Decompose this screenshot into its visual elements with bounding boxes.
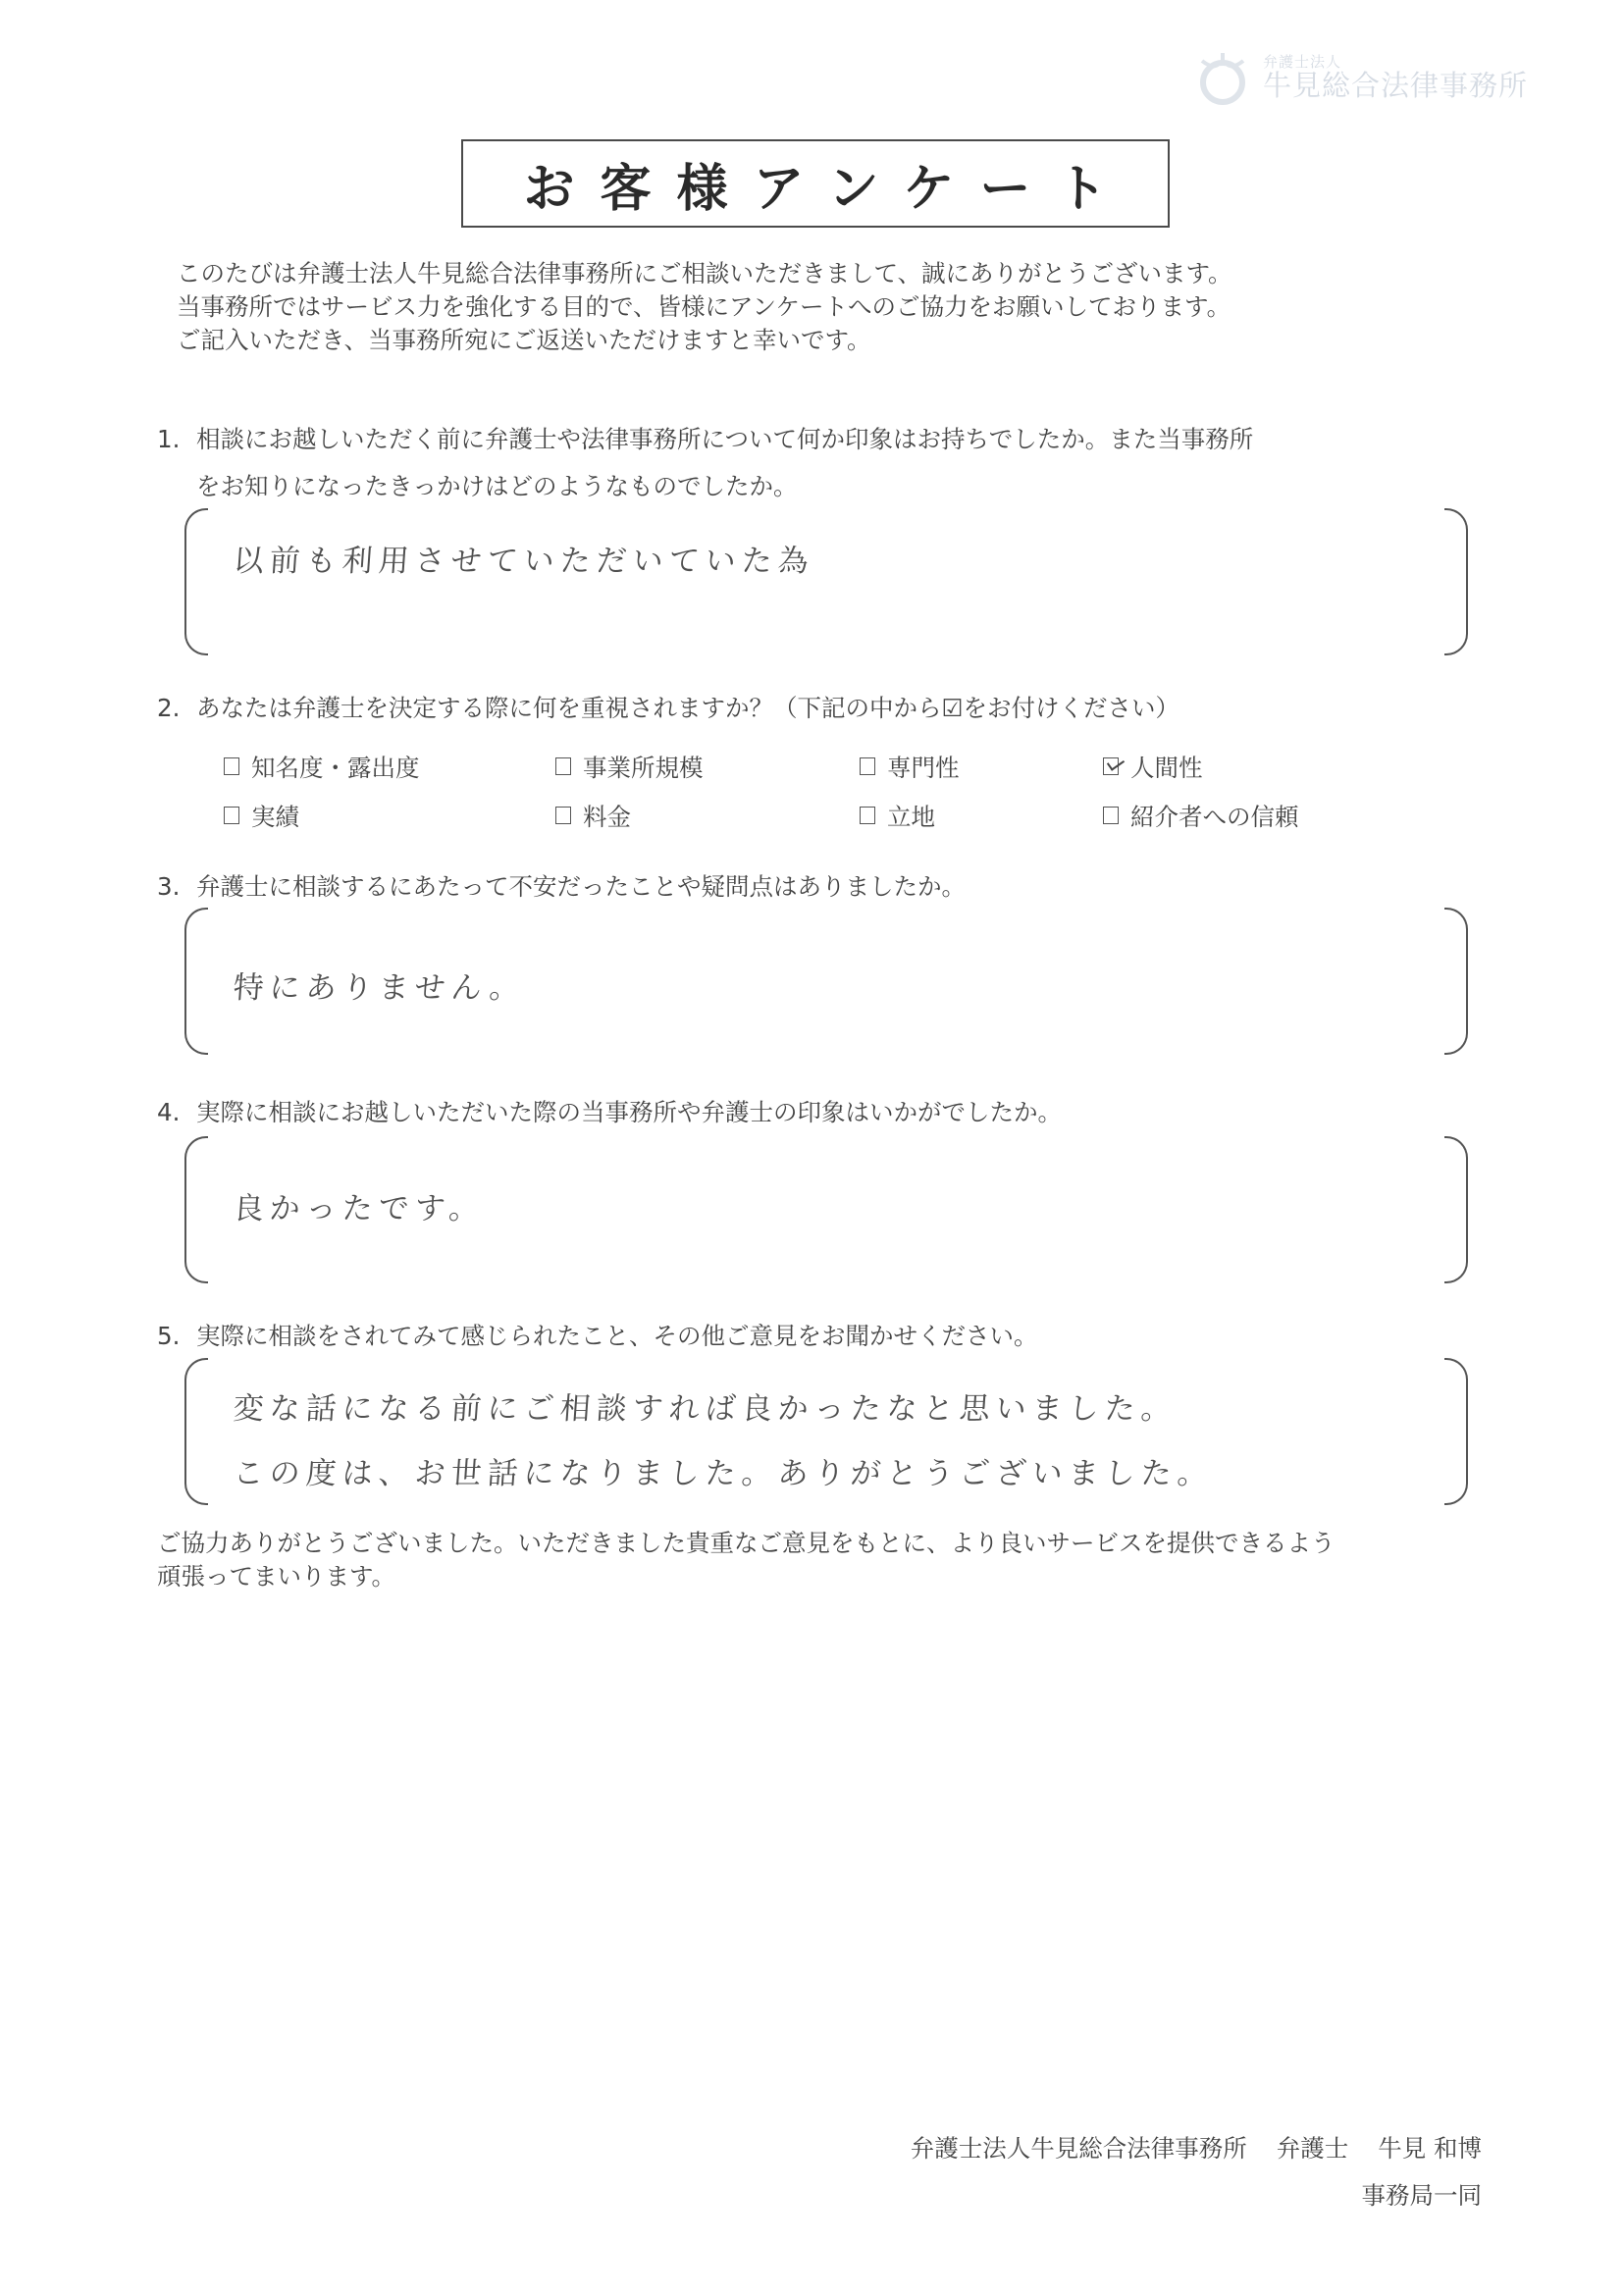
- answer-box-4[interactable]: 良かったです。: [184, 1136, 1468, 1283]
- signature-block: 弁護士法人牛見総合法律事務所弁護士牛見 和博 事務局一同: [911, 2125, 1482, 2219]
- checkbox[interactable]: [555, 757, 571, 775]
- question-number: 2.: [157, 685, 196, 732]
- answer-box-3[interactable]: 特にありません。: [184, 908, 1468, 1055]
- intro-line: ご記入いただき、当事務所宛にご返送いただけますと幸いです。: [177, 324, 1232, 357]
- option-label: 人間性: [1130, 750, 1203, 784]
- handwritten-answer: 特にありません。: [232, 963, 527, 1007]
- intro-line: 当事務所ではサービス力を強化する目的で、皆様にアンケートへのご協力をお願いしてお…: [177, 290, 1232, 324]
- option-label: 紹介者への信頼: [1130, 799, 1299, 833]
- answer-box-1[interactable]: 以前も利用させていただいていた為: [184, 508, 1468, 655]
- bracket-left: [184, 1136, 208, 1283]
- question-1: 1.相談にお越しいただく前に弁護士や法律事務所について何か印象はお持ちでしたか。…: [157, 416, 1253, 510]
- question-4: 4.実際に相談にお越しいただいた際の当事務所や弁護士の印象はいかがでしたか。: [157, 1089, 1062, 1136]
- question-text-cont: をお知りになったきっかけはどのようなものでしたか。: [157, 463, 1253, 510]
- checkbox[interactable]: [1103, 807, 1119, 824]
- closing-line: ご協力ありがとうございました。いただきました貴重なご意見をもとに、より良いサービ…: [157, 1527, 1336, 1560]
- signature-staff: 事務局一同: [911, 2172, 1482, 2219]
- question-number: 4.: [157, 1089, 196, 1136]
- option-label: 立地: [887, 799, 935, 833]
- intro-text: このたびは弁護士法人牛見総合法律事務所にご相談いただきまして、誠にありがとうござ…: [177, 257, 1232, 357]
- question-number: 5.: [157, 1313, 196, 1360]
- bracket-left: [184, 1358, 208, 1505]
- page-title: お客様アンケート: [524, 147, 1133, 221]
- checkbox[interactable]: [860, 757, 875, 775]
- option-label: 専門性: [887, 750, 960, 784]
- handwritten-answer-line-2: この度は、お世話になりました。ありがとうございました。: [232, 1448, 1215, 1492]
- question-text: 弁護士に相談するにあたって不安だったことや疑問点はありましたか。: [196, 872, 966, 901]
- question-text: 実際に相談にお越しいただいた際の当事務所や弁護士の印象はいかがでしたか。: [196, 1098, 1062, 1126]
- option-label: 事業所規模: [583, 750, 704, 784]
- option-location[interactable]: 立地: [860, 800, 1103, 831]
- question-5: 5.実際に相談をされてみて感じられたこと、その他ご意見をお聞かせください。: [157, 1313, 1038, 1360]
- option-recognition[interactable]: 知名度・露出度: [224, 751, 555, 782]
- logo-name: 牛見総合法律事務所: [1263, 71, 1528, 100]
- closing-text: ご協力ありがとうございました。いただきました貴重なご意見をもとに、より良いサービ…: [157, 1527, 1336, 1593]
- handwritten-answer: 以前も利用させていただいていた為: [232, 536, 815, 580]
- question-number: 1.: [157, 416, 196, 463]
- bracket-right: [1444, 508, 1468, 655]
- intro-line: このたびは弁護士法人牛見総合法律事務所にご相談いただきまして、誠にありがとうござ…: [177, 257, 1232, 290]
- answer-box-5[interactable]: 変な話になる前にご相談すれば良かったなと思いました。 この度は、お世話になりまし…: [184, 1358, 1468, 1505]
- priority-options: 知名度・露出度 事業所規模 専門性 人間性 実績 料金 立地 紹介者への信頼: [224, 751, 1397, 831]
- option-track-record[interactable]: 実績: [224, 800, 555, 831]
- closing-line: 頑張ってまいります。: [157, 1560, 1336, 1593]
- question-text: 相談にお越しいただく前に弁護士や法律事務所について何か印象はお持ちでしたか。また…: [196, 425, 1253, 453]
- bracket-right: [1444, 1136, 1468, 1283]
- checkbox[interactable]: [860, 807, 875, 824]
- checkbox[interactable]: [224, 757, 239, 775]
- option-label: 知名度・露出度: [251, 750, 420, 784]
- signature-firm: 弁護士法人牛見総合法律事務所: [911, 2134, 1247, 2163]
- question-text: 実際に相談をされてみて感じられたこと、その他ご意見をお聞かせください。: [196, 1322, 1038, 1350]
- signature-name: 牛見 和博: [1378, 2134, 1482, 2163]
- option-referrer-trust[interactable]: 紹介者への信頼: [1103, 800, 1397, 831]
- firm-emblem-icon: [1192, 47, 1253, 108]
- option-fees[interactable]: 料金: [555, 800, 860, 831]
- question-3: 3.弁護士に相談するにあたって不安だったことや疑問点はありましたか。: [157, 863, 966, 911]
- bracket-left: [184, 908, 208, 1055]
- checkbox[interactable]: [555, 807, 571, 824]
- option-label: 料金: [583, 799, 631, 833]
- checkbox-checked[interactable]: [1103, 757, 1119, 775]
- question-text: あなたは弁護士を決定する際に何を重視されますか？（下記の中から☑をお付けください…: [196, 694, 1179, 722]
- option-office-size[interactable]: 事業所規模: [555, 751, 860, 782]
- firm-logo: 弁護士法人 牛見総合法律事務所: [1192, 47, 1528, 108]
- handwritten-answer-line-1: 変な話になる前にご相談すれば良かったなと思いました。: [232, 1383, 1179, 1428]
- bracket-left: [184, 508, 208, 655]
- handwritten-answer: 良かったです。: [232, 1183, 487, 1227]
- question-number: 3.: [157, 863, 196, 911]
- question-2: 2.あなたは弁護士を決定する際に何を重視されますか？（下記の中から☑をお付けくだ…: [157, 685, 1179, 732]
- signature-role: 弁護士: [1277, 2134, 1349, 2163]
- bracket-right: [1444, 1358, 1468, 1505]
- bracket-right: [1444, 908, 1468, 1055]
- option-personality[interactable]: 人間性: [1103, 751, 1397, 782]
- title-box: お客様アンケート: [461, 139, 1170, 228]
- option-expertise[interactable]: 専門性: [860, 751, 1103, 782]
- checkbox[interactable]: [224, 807, 239, 824]
- option-label: 実績: [251, 799, 299, 833]
